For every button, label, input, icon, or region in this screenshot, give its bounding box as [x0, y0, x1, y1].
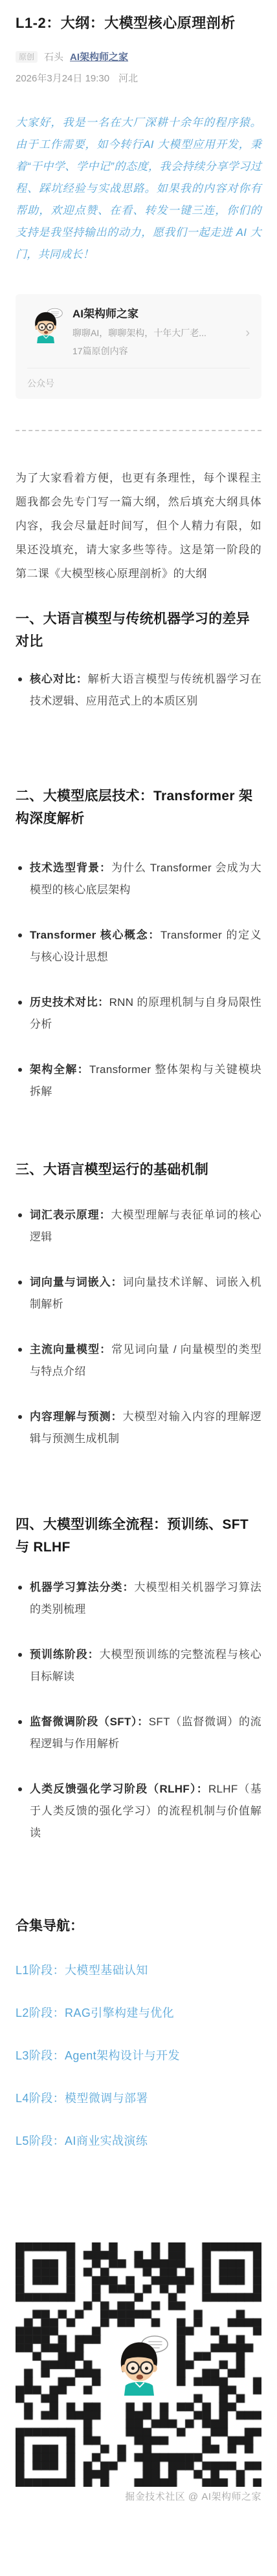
section-heading: 四、大模型训练全流程：预训练、SFT 与 RLHF — [16, 1513, 261, 1559]
article-meta: 原创 石头 AI架构师之家 — [16, 50, 261, 63]
section-bullet-list: 词汇表示原理：大模型理解与表征单词的核心逻辑词向量与词嵌入：词向量技术详解、词嵌… — [16, 1204, 261, 1450]
official-account-card[interactable]: AI架构师之家 聊聊AI，聊聊架构，十年大厂老... › 17篇原创内容 公众号 — [16, 294, 261, 399]
bullet-item: 架构全解：Transformer 整体架构与关键模块拆解 — [16, 1059, 261, 1103]
lead-paragraph: 为了大家看着方便，也更有条理性，每个课程主题我都会先专门写一篇大纲，然后填充大纲… — [16, 466, 261, 586]
bullet-dot-icon — [18, 1068, 22, 1072]
outline-section-2: 二、大模型底层技术：Transformer 架构深度解析技术选型背景：为什么 T… — [16, 785, 261, 1103]
section-bullet-list: 机器学习算法分类：大模型相关机器学习算法的类别梳理预训练阶段：大模型预训练的完整… — [16, 1577, 261, 1844]
bullet-dot-icon — [18, 1348, 22, 1352]
bullet-dot-icon — [18, 1787, 22, 1791]
outline-sections: 一、大语言模型与传统机器学习的差异对比核心对比：解析大语言模型与传统机器学习在技… — [16, 608, 261, 1844]
bullet-lead: 人类反馈强化学习阶段（RLHF）： — [30, 1783, 208, 1795]
original-badge: 原创 — [16, 51, 38, 63]
publish-location: 河北 — [118, 71, 138, 85]
bullet-lead: 机器学习算法分类： — [30, 1581, 134, 1593]
outline-section-1: 一、大语言模型与传统机器学习的差异对比核心对比：解析大语言模型与传统机器学习在技… — [16, 608, 261, 712]
account-article-count: 17篇原创内容 — [72, 345, 250, 357]
bullet-lead: 内容理解与预测： — [30, 1410, 122, 1423]
bullet-item: 历史技术对比：RNN 的原理机制与自身局限性分析 — [16, 992, 261, 1036]
bullet-lead: 词汇表示原理： — [30, 1209, 111, 1221]
bullet-item: 词汇表示原理：大模型理解与表征单词的核心逻辑 — [16, 1204, 261, 1248]
bullet-dot-icon — [18, 1653, 22, 1657]
bullet-dot-icon — [18, 677, 22, 681]
publish-date: 2026年3月24日 19:30 — [16, 71, 109, 85]
bullet-item: Transformer 核心概念：Transformer 的定义与核心设计思想 — [16, 924, 261, 968]
bullet-dot-icon — [18, 1001, 22, 1005]
outline-section-4: 四、大模型训练全流程：预训练、SFT 与 RLHF机器学习算法分类：大模型相关机… — [16, 1513, 261, 1844]
cartoon-programmer-avatar-icon — [107, 2334, 170, 2396]
qr-caption: 掘金技术社区 @ AI架构师之家 — [16, 2489, 261, 2503]
bullet-dot-icon — [18, 1281, 22, 1284]
bullet-dot-icon — [18, 933, 22, 937]
chevron-right-icon[interactable]: › — [240, 326, 250, 339]
account-name: AI架构师之家 — [72, 307, 250, 321]
bullet-dot-icon — [18, 1415, 22, 1419]
bullet-lead: 历史技术对比： — [30, 996, 109, 1008]
cartoon-programmer-avatar-icon — [27, 307, 63, 343]
bullet-item: 技术选型背景：为什么 Transformer 会成为大模型的核心底层架构 — [16, 857, 261, 901]
collection-link-l3[interactable]: L3阶段：Agent架构设计与开发 — [16, 2047, 261, 2064]
account-info: AI架构师之家 聊聊AI，聊聊架构，十年大厂老... › 17篇原创内容 — [72, 307, 250, 357]
bullet-lead: 核心对比： — [30, 673, 88, 685]
dashed-divider — [16, 430, 261, 431]
bullet-lead: 架构全解： — [30, 1063, 89, 1076]
bullet-lead: Transformer 核心概念： — [30, 929, 161, 941]
bullet-lead: 技术选型背景： — [30, 862, 111, 874]
account-type-label: 公众号 — [27, 368, 250, 399]
collection-nav-heading: 合集导航： — [16, 1917, 261, 1936]
collection-link-l4[interactable]: L4阶段：模型微调与部署 — [16, 2090, 261, 2107]
author-name: 石头 — [44, 50, 63, 63]
section-bullet-list: 核心对比：解析大语言模型与传统机器学习在技术逻辑、应用范式上的本质区别 — [16, 668, 261, 712]
section-heading: 一、大语言模型与传统机器学习的差异对比 — [16, 608, 261, 653]
collection-link-l2[interactable]: L2阶段：RAG引擎构建与优化 — [16, 2005, 261, 2021]
bullet-item: 机器学习算法分类：大模型相关机器学习算法的类别梳理 — [16, 1577, 261, 1621]
bullet-item: 人类反馈强化学习阶段（RLHF）：RLHF（基于人类反馈的强化学习）的流程机制与… — [16, 1778, 261, 1844]
intro-paragraph: 大家好，我是一名在大厂深耕十余年的程序猿。由于工作需要，如今转行AI 大模型应用… — [16, 112, 261, 266]
collection-link-l1[interactable]: L1阶段：大模型基础认知 — [16, 1962, 261, 1979]
account-description: 聊聊AI，聊聊架构，十年大厂老... — [72, 326, 240, 339]
section-heading: 二、大模型底层技术：Transformer 架构深度解析 — [16, 785, 261, 830]
outline-section-3: 三、大语言模型运行的基础机制词汇表示原理：大模型理解与表征单词的核心逻辑词向量与… — [16, 1158, 261, 1450]
section-heading: 三、大语言模型运行的基础机制 — [16, 1158, 261, 1181]
collection-nav-links: L1阶段：大模型基础认知L2阶段：RAG引擎构建与优化L3阶段：Agent架构设… — [16, 1962, 261, 2149]
bullet-item: 预训练阶段：大模型预训练的完整流程与核心目标解读 — [16, 1644, 261, 1688]
wechat-article-page: L1-2：大纲：大模型核心原理剖析 原创 石头 AI架构师之家 2026年3月2… — [0, 0, 277, 2509]
qr-code-block — [16, 2242, 261, 2487]
account-link[interactable]: AI架构师之家 — [70, 50, 128, 63]
bullet-lead: 词向量与词嵌入： — [30, 1276, 122, 1288]
account-card-main: AI架构师之家 聊聊AI，聊聊架构，十年大厂老... › 17篇原创内容 — [27, 307, 250, 357]
bullet-item: 主流向量模型：常见词向量 / 向量模型的类型与特点介绍 — [16, 1339, 261, 1383]
bullet-dot-icon — [18, 866, 22, 870]
date-row: 2026年3月24日 19:30 河北 — [16, 71, 261, 85]
bullet-lead: 监督微调阶段（SFT）： — [30, 1716, 149, 1728]
bullet-item: 内容理解与预测：大模型对输入内容的理解逻辑与预测生成机制 — [16, 1406, 261, 1450]
bullet-lead: 主流向量模型： — [30, 1343, 111, 1356]
bullet-dot-icon — [18, 1586, 22, 1590]
page-title: L1-2：大纲：大模型核心原理剖析 — [16, 13, 261, 33]
qr-center-avatar — [107, 2334, 170, 2396]
bullet-item: 词向量与词嵌入：词向量技术详解、词嵌入机制解析 — [16, 1272, 261, 1315]
bullet-dot-icon — [18, 1720, 22, 1724]
bullet-item: 监督微调阶段（SFT）：SFT（监督微调）的流程逻辑与作用解析 — [16, 1711, 261, 1755]
bullet-lead: 预训练阶段： — [30, 1648, 100, 1661]
account-avatar — [27, 307, 63, 343]
bullet-dot-icon — [18, 1213, 22, 1217]
bullet-item: 核心对比：解析大语言模型与传统机器学习在技术逻辑、应用范式上的本质区别 — [16, 668, 261, 712]
section-bullet-list: 技术选型背景：为什么 Transformer 会成为大模型的核心底层架构Tran… — [16, 857, 261, 1103]
collection-link-l5[interactable]: L5阶段：AI商业实战演练 — [16, 2133, 261, 2149]
